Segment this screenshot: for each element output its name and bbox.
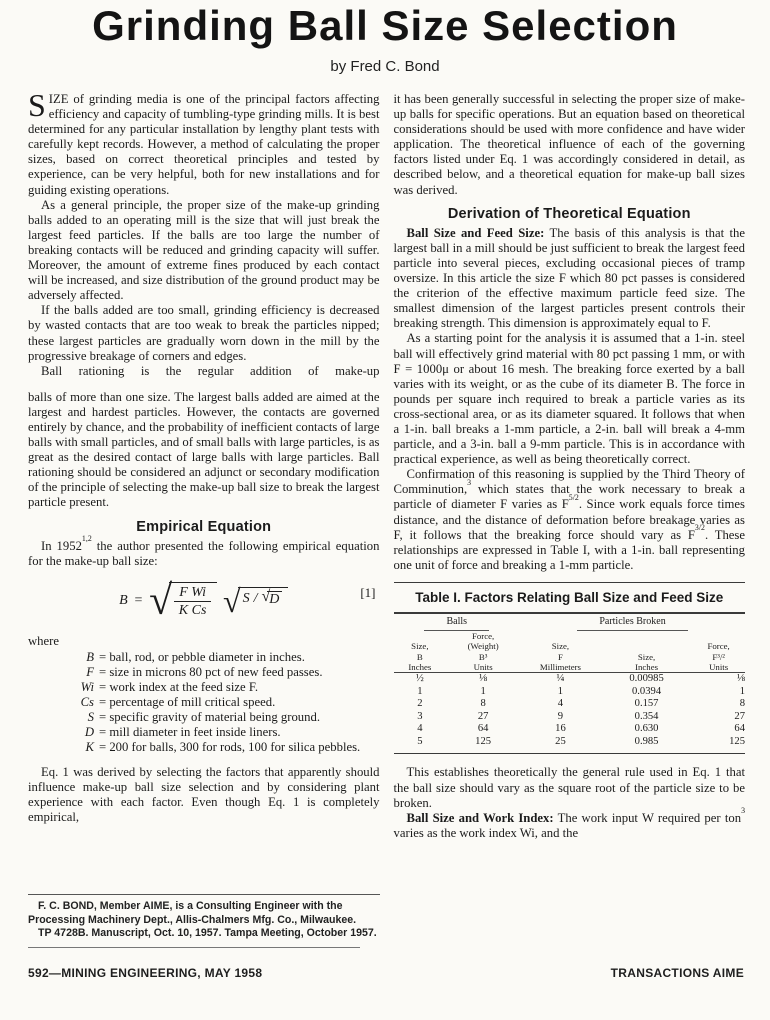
paragraph-lead: Ball Size and Feed Size: xyxy=(407,226,545,240)
fraction-denominator: K Cs xyxy=(179,602,207,618)
paragraph: If the balls added are too small, grindi… xyxy=(28,303,380,363)
cell: 0.985 xyxy=(601,736,692,754)
cell: 1 xyxy=(692,686,745,699)
cell: 27 xyxy=(446,711,520,724)
cell: 3 xyxy=(394,711,447,724)
definition: = specific gravity of material being gro… xyxy=(94,710,380,725)
footnote-divider xyxy=(28,947,360,948)
cell: 0.630 xyxy=(601,723,692,736)
paragraph: This establishes theoretically the gener… xyxy=(394,765,746,810)
paragraph-ball-size-feed-size: Ball Size and Feed Size: The basis of th… xyxy=(394,226,746,332)
equation-body: B = √ F Wi K Cs √ xyxy=(119,581,288,621)
where-label: where xyxy=(28,634,380,649)
table-row: 3 27 9 0.354 27 xyxy=(394,711,746,724)
section-heading-empirical-equation: Empirical Equation xyxy=(28,520,380,535)
paragraph-text: The basis of this analysis is that the l… xyxy=(394,226,746,331)
paragraph: balls of more than one size. The largest… xyxy=(28,390,380,511)
column-header-particle-size-in: Size, Inches xyxy=(601,631,692,672)
journal-page: Grinding Ball Size Selection by Fred C. … xyxy=(0,0,770,1020)
symbol: K xyxy=(62,740,94,755)
group-header-particles-broken: Particles Broken xyxy=(520,613,745,631)
radical-inner: √ D xyxy=(261,590,282,607)
table-1-block: Table I. Factors Relating Ball Size and … xyxy=(394,582,746,755)
column-left: SIZE of grinding media is one of the pri… xyxy=(28,92,380,841)
drop-cap: S xyxy=(28,92,49,118)
author-footnote: F. C. BOND, Member AIME, is a Consulting… xyxy=(28,894,380,948)
column-header-particle-force: Force, F³/² Units xyxy=(692,631,745,672)
column-header-ball-size: Size, B Inches xyxy=(394,631,447,672)
symbol-definition: K= 200 for balls, 300 for rods, 100 for … xyxy=(62,740,380,755)
symbol-definition: Wi= work index at the feed size F. xyxy=(62,680,380,695)
group-header-balls: Balls xyxy=(394,613,521,631)
cell: 1 xyxy=(520,686,601,699)
cell: 25 xyxy=(520,736,601,754)
cell: ⅛ xyxy=(692,672,745,685)
cell: 0.0394 xyxy=(601,686,692,699)
footnote-line: TP 4728B. Manuscript, Oct. 10, 1957. Tam… xyxy=(28,927,380,941)
symbol-definition: Cs= percentage of mill critical speed. xyxy=(62,695,380,710)
table-row: 1 1 1 0.0394 1 xyxy=(394,686,746,699)
paragraph-intro-text: IZE of grinding media is one of the prin… xyxy=(28,92,380,197)
division-slash: / xyxy=(254,591,258,606)
paragraph-ball-size-work-index: Ball Size and Work Index: The work input… xyxy=(394,811,746,841)
symbol: S xyxy=(62,710,94,725)
paragraph: Eq. 1 was derived by selecting the facto… xyxy=(28,765,380,825)
column-right: it has been generally successful in sele… xyxy=(394,92,746,841)
cell: 8 xyxy=(692,698,745,711)
symbol: B xyxy=(62,650,94,665)
table-column-header-row: Size, B Inches Force, (Weight) B³ Units … xyxy=(394,631,746,672)
symbol-definition: S= specific gravity of material being gr… xyxy=(62,710,380,725)
table-1: Balls Particles Broken Size, B Inches Fo… xyxy=(394,612,746,754)
equation-lhs: B xyxy=(119,593,128,608)
column-header-particle-size-mm: Size, F Millimeters xyxy=(520,631,601,672)
symbol: F xyxy=(62,665,94,680)
footnote-line: F. C. BOND, Member AIME, is a Consulting… xyxy=(28,900,380,927)
cell: 125 xyxy=(446,736,520,754)
radical-inner-var: D xyxy=(269,592,279,607)
paragraph: As a starting point for the analysis it … xyxy=(394,331,746,467)
symbol-definition: D= mill diameter in feet inside liners. xyxy=(62,725,380,740)
cell: 64 xyxy=(692,723,745,736)
table-group-header-row: Balls Particles Broken xyxy=(394,613,746,631)
fraction-numerator: F Wi xyxy=(174,585,211,602)
page-footer-journal: 592—MINING ENGINEERING, MAY 1958 xyxy=(28,966,262,980)
cell: 4 xyxy=(394,723,447,736)
cell: 27 xyxy=(692,711,745,724)
cell: ¼ xyxy=(520,672,601,685)
cell: 1 xyxy=(446,686,520,699)
column-header-ball-force: Force, (Weight) B³ Units xyxy=(446,631,520,672)
definition: = work index at the feed size F. xyxy=(94,680,380,695)
paragraph: Confirmation of this reasoning is suppli… xyxy=(394,467,746,573)
cell: 125 xyxy=(692,736,745,754)
fraction: F Wi K Cs xyxy=(174,585,211,618)
cell: 9 xyxy=(520,711,601,724)
equation-number: [1] xyxy=(360,585,375,600)
cell: ½ xyxy=(394,672,447,685)
equation-1: B = √ F Wi K Cs √ xyxy=(28,575,380,627)
cell: 0.00985 xyxy=(601,672,692,685)
table-row: 2 8 4 0.157 8 xyxy=(394,698,746,711)
paragraph: As a general principle, the proper size … xyxy=(28,198,380,304)
page-footer-transactions: TRANSACTIONS AIME xyxy=(611,966,744,980)
definition: = 200 for balls, 300 for rods, 100 for s… xyxy=(94,740,380,755)
cell: 5 xyxy=(394,736,447,754)
cell: 16 xyxy=(520,723,601,736)
paragraph: it has been generally successful in sele… xyxy=(394,92,746,198)
definition: = size in microns 80 pct of new feed pas… xyxy=(94,665,380,680)
table-1-title: Table I. Factors Relating Ball Size and … xyxy=(394,590,746,605)
symbol: D xyxy=(62,725,94,740)
symbol: Wi xyxy=(62,680,94,695)
symbol-definition-list: B= ball, rod, or pebble diameter in inch… xyxy=(62,650,380,756)
paragraph-intro: SIZE of grinding media is one of the pri… xyxy=(28,92,380,198)
cell: 8 xyxy=(446,698,520,711)
radical-first: √ F Wi K Cs xyxy=(149,581,217,621)
cell: 1 xyxy=(394,686,447,699)
symbol: Cs xyxy=(62,695,94,710)
table-row: 5 125 25 0.985 125 xyxy=(394,736,746,754)
byline: by Fred C. Bond xyxy=(0,58,770,75)
table-row: ½ ⅛ ¼ 0.00985 ⅛ xyxy=(394,672,746,685)
paragraph: Ball rationing is the regular addition o… xyxy=(28,364,380,379)
radical-second: √ S / √ D xyxy=(223,586,288,616)
two-column-content: SIZE of grinding media is one of the pri… xyxy=(28,92,745,841)
page-title: Grinding Ball Size Selection xyxy=(0,2,770,50)
table-row: 4 64 16 0.630 64 xyxy=(394,723,746,736)
cell: 0.157 xyxy=(601,698,692,711)
cell: ⅛ xyxy=(446,672,520,685)
symbol-definition: B= ball, rod, or pebble diameter in inch… xyxy=(62,650,380,665)
symbol-definition: F= size in microns 80 pct of new feed pa… xyxy=(62,665,380,680)
cell: 64 xyxy=(446,723,520,736)
equation-equals: = xyxy=(134,593,143,608)
cell: 2 xyxy=(394,698,447,711)
paragraph-equation-intro: In 19521,2 the author presented the foll… xyxy=(28,539,380,569)
cell: 4 xyxy=(520,698,601,711)
section-heading-derivation: Derivation of Theoretical Equation xyxy=(394,207,746,222)
definition: = percentage of mill critical speed. xyxy=(94,695,380,710)
paragraph-lead: Ball Size and Work Index: xyxy=(407,811,554,825)
cell: 0.354 xyxy=(601,711,692,724)
definition: = ball, rod, or pebble diameter in inche… xyxy=(94,650,380,665)
radical-second-numerator: S xyxy=(243,591,250,606)
definition: = mill diameter in feet inside liners. xyxy=(94,725,380,740)
